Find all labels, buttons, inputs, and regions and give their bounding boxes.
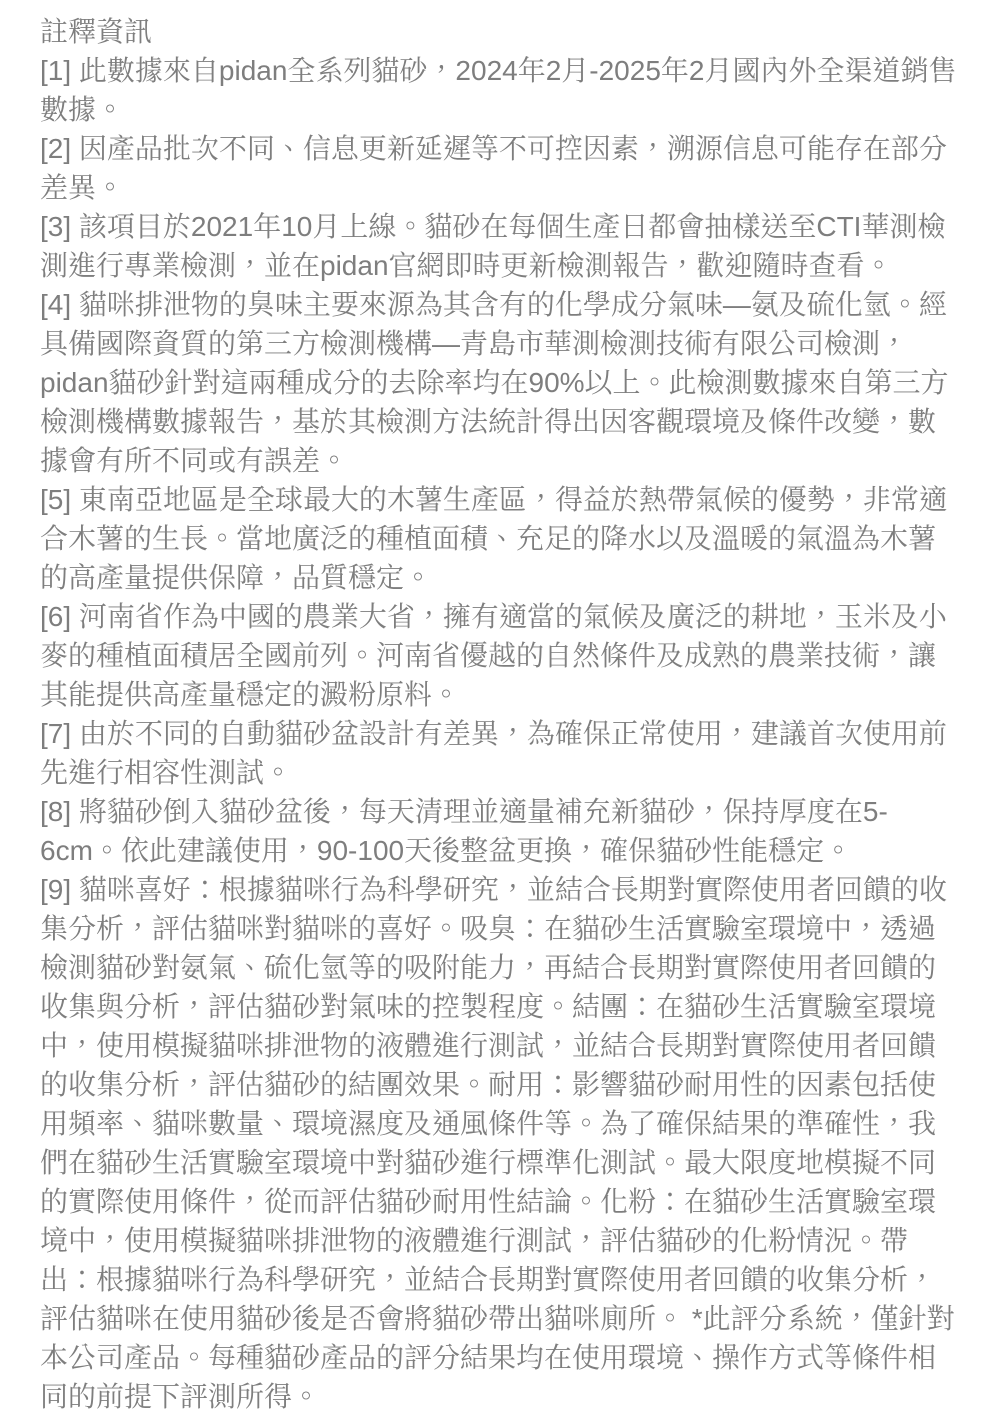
footnote-9: [9] 貓咪喜好：根據貓咪行為科學研究，並結合長期對實際使用者回饋的收集分析，評… [40,870,962,1416]
footnote-3: [3] 該項目於2021年10月上線。貓砂在每個生產日都會抽樣送至CTI華測檢測… [40,207,962,285]
footnote-5: [5] 東南亞地區是全球最大的木薯生產區，得益於熱帶氣候的優勢，非常適合木薯的生… [40,480,962,597]
footnote-7: [7] 由於不同的自動貓砂盆設計有差異，為確保正常使用，建議首次使用前先進行相容… [40,714,962,792]
annotation-notes-section: 註釋資訊 [1] 此數據來自pidan全系列貓砂，2024年2月-2025年2月… [0,0,1000,1416]
footnote-4: [4] 貓咪排泄物的臭味主要來源為其含有的化學成分氣味—氨及硫化氫。經具備國際資… [40,285,962,480]
footnote-6: [6] 河南省作為中國的農業大省，擁有適當的氣候及廣泛的耕地，玉米及小麥的種植面… [40,597,962,714]
footnote-8: [8] 將貓砂倒入貓砂盆後，每天清理並適量補充新貓砂，保持厚度在5-6cm。依此… [40,792,962,870]
footnote-1: [1] 此數據來自pidan全系列貓砂，2024年2月-2025年2月國內外全渠… [40,51,962,129]
section-title: 註釋資訊 [40,12,962,51]
footnote-2: [2] 因產品批次不同、信息更新延遲等不可控因素，溯源信息可能存在部分差異。 [40,129,962,207]
